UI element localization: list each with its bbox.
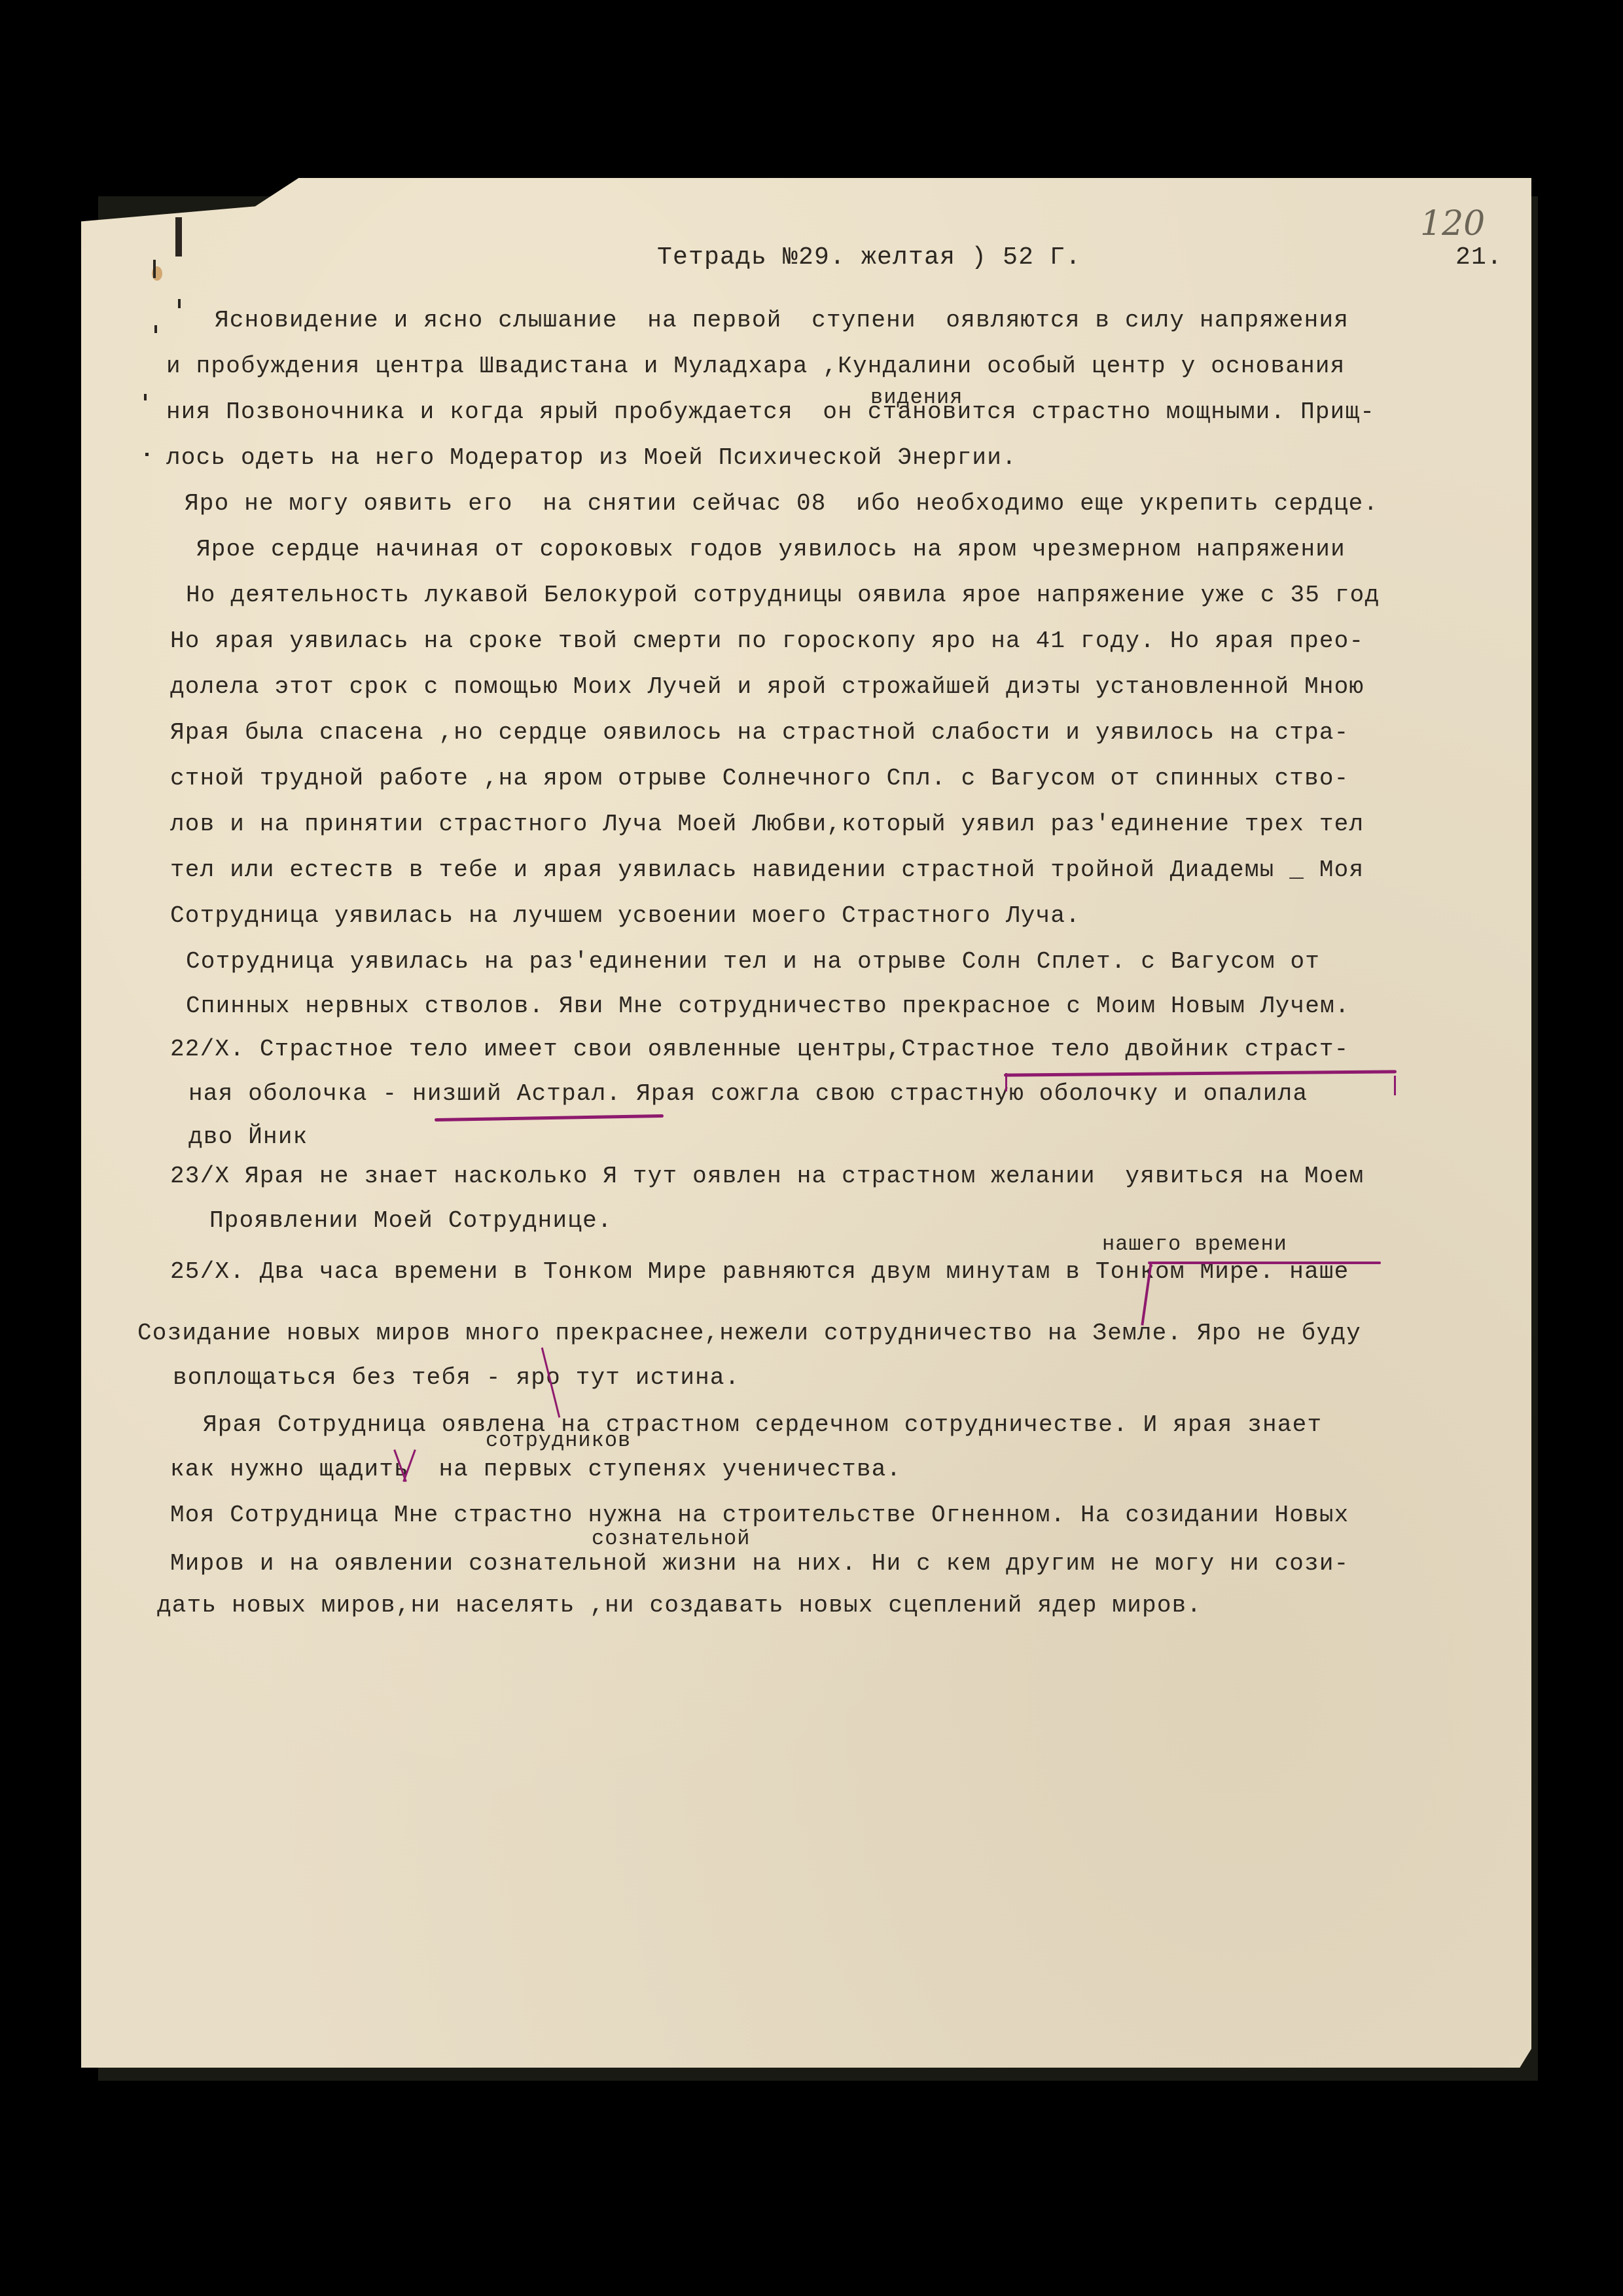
text-line: Моя Сотрудница Мне страстно нужна на стр…	[170, 1501, 1349, 1530]
margin-speck	[178, 299, 181, 308]
page-number: 21.	[1455, 243, 1503, 272]
text-line: 22/Х. Страстное тело имеет свои оявленны…	[170, 1035, 1349, 1064]
text-line: Сотрудница уявилась на раз'единении тел …	[186, 947, 1320, 976]
text-line: ная оболочка - низший Астрал. Ярая сожгл…	[188, 1080, 1308, 1108]
bracket-tick	[1005, 1073, 1007, 1091]
insert-soznatelnoy: сознательной	[592, 1527, 750, 1551]
text-line: лось одеть на него Модератор из Моей Пси…	[166, 444, 1017, 472]
text-line: Яро не могу оявить его на снятии сейчас …	[185, 489, 1378, 518]
text-line: Но деятельность лукавой Белокурой сотруд…	[186, 581, 1380, 610]
text-line: Ярая Сотрудница оявлена на страстном сер…	[203, 1411, 1322, 1439]
text-line: Проявлении Моей Сотруднице.	[209, 1207, 613, 1235]
text-line: Ярая была спасена ,но сердце оявилось на…	[170, 718, 1349, 747]
text-line: дво Йник	[188, 1123, 308, 1152]
text-line: как нужно щадить на первых ступенях учен…	[170, 1455, 901, 1484]
text-line: ния Позвоночника и когда ярый пробуждает…	[166, 398, 1375, 427]
bracket-tick	[1394, 1076, 1396, 1095]
text-line: 23/Х Ярая не знает насколько Я тут оявле…	[170, 1162, 1364, 1191]
underline-nizshiy-astral	[435, 1114, 664, 1122]
staple-mark	[175, 217, 182, 256]
insert-videnia: видения	[870, 386, 963, 410]
text-line: лов и на принятии страстного Луча Моей Л…	[170, 810, 1364, 839]
typewritten-page: 120 Тетрадь №29. желтая ) 52 Г. 21. Ясно…	[81, 178, 1531, 2068]
text-line: воплощаться без тебя - ярo тут истина.	[173, 1364, 740, 1392]
text-line: тел или естеств в тебе и ярая уявилась н…	[170, 856, 1364, 885]
margin-speck	[153, 260, 156, 278]
margin-speck	[144, 394, 147, 400]
notebook-title: Тетрадь №29. желтая ) 52 Г.	[657, 243, 1081, 272]
text-line: Сотрудница уявилась на лучшем усвоении м…	[170, 902, 1080, 930]
text-line: Ясновидение и ясно слышание на первой ст…	[215, 306, 1349, 335]
insert-line-nashego-vremeni	[1148, 1262, 1381, 1264]
insert-nashego-vremeni: нашего времени	[1102, 1233, 1287, 1256]
margin-speck	[145, 453, 149, 456]
underline-strastnoe-telo-dvoynik	[1004, 1070, 1397, 1076]
text-line: Ярое сердце начиная от сороковых годов у…	[196, 535, 1346, 564]
text-line: и пробуждения центра Швадистана и Муладх…	[166, 352, 1345, 381]
text-line: долела этот срок с помощью Моих Лучей и …	[170, 673, 1364, 701]
text-line: дать новых миров,ни населять ,ни создава…	[157, 1591, 1202, 1620]
margin-speck	[154, 325, 157, 333]
text-line: Созидание новых миров много прекраснее,н…	[137, 1319, 1361, 1348]
text-line: стной трудной работе ,на яром отрыве Сол…	[170, 764, 1349, 793]
text-line: Но ярая уявилась на сроке твой смерти по…	[170, 627, 1364, 656]
insert-sotrudnikov: сотрудников	[486, 1429, 631, 1453]
text-line: Спинных нервных стволов. Яви Мне сотрудн…	[186, 992, 1350, 1021]
archive-folio-number: 120	[1420, 204, 1485, 243]
text-line: Миров и на оявлении сознательной жизни н…	[170, 1549, 1349, 1578]
